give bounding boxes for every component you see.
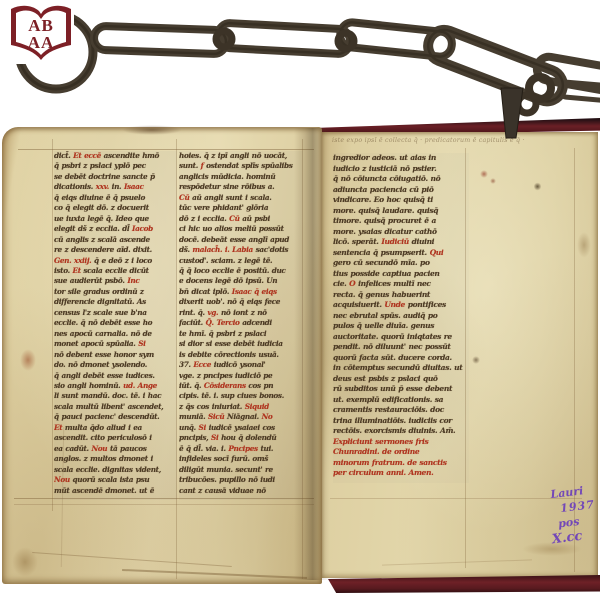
ruling-line bbox=[52, 139, 53, 511]
stain bbox=[577, 232, 591, 258]
stain bbox=[12, 547, 38, 577]
abaa-logo-text-bottom: AA bbox=[28, 33, 55, 52]
crease bbox=[32, 552, 232, 567]
chain-link-shading bbox=[94, 21, 568, 106]
manuscript-column-right: ingredior adeos. ut aias iniudicio z ius… bbox=[333, 153, 469, 483]
crease bbox=[122, 569, 307, 579]
stain bbox=[480, 170, 488, 178]
stain bbox=[534, 182, 541, 191]
stain bbox=[472, 356, 480, 364]
manuscript-column-left-1: dict̄. Et eccē ascendite hmōq̄ psbri z p… bbox=[54, 151, 177, 500]
manuscript-header-inscription: iste expo ipsī ē collecta q̄ · predica… bbox=[332, 137, 594, 144]
purple-accession-inscription: Lauri 1937 pos X.cc bbox=[544, 481, 600, 578]
ruling-line bbox=[14, 504, 314, 505]
stain bbox=[490, 178, 496, 184]
ruling-line bbox=[18, 149, 314, 150]
crease bbox=[382, 559, 532, 565]
chain-links bbox=[94, 21, 600, 106]
book-gutter bbox=[294, 128, 330, 580]
abaa-logo: AB AA bbox=[8, 1, 74, 64]
stain bbox=[20, 349, 36, 371]
stain bbox=[122, 125, 182, 135]
left-page: dict̄. Et eccē ascendite hmōq̄ psbri z p… bbox=[2, 127, 322, 584]
manuscript-column-left-2: hoies. q̄ z ipī angli nō uocāt,sunt. f o… bbox=[179, 151, 303, 500]
chain-joints bbox=[216, 31, 551, 113]
